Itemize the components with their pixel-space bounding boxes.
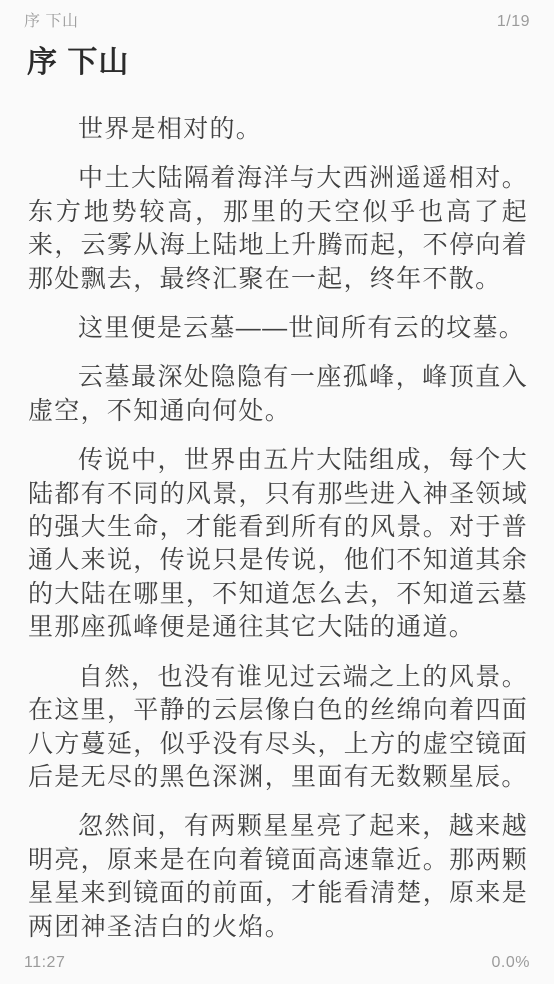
reader-page[interactable]: 序 下山 1/19 序 下山 世界是相对的。 中土大陆隔着海洋与大西洲遥遥相对。… bbox=[0, 0, 554, 984]
paragraph: 自然，也没有谁见过云端之上的风景。在这里，平静的云层像白色的丝绵向着四面八方蔓延… bbox=[28, 661, 528, 795]
paragraph: 这里便是云墓——世间所有云的坟墓。 bbox=[28, 312, 528, 345]
chapter-title: 序 下山 bbox=[27, 46, 530, 80]
paragraph: 传说中，世界由五片大陆组成，每个大陆都有不同的风景，只有那些进入神圣领域的强大生… bbox=[28, 444, 528, 644]
reading-progress: 0.0% bbox=[492, 954, 530, 972]
clock-time: 11:27 bbox=[24, 954, 65, 972]
paragraph: 云墓最深处隐隐有一座孤峰，峰顶直入虚空，不知通向何处。 bbox=[28, 361, 528, 428]
paragraph: 世界是相对的。 bbox=[28, 113, 528, 146]
paragraph: 忽然间，有两颗星星亮了起来，越来越明亮，原来是在向着镜面高速靠近。那两颗星星来到… bbox=[28, 810, 528, 944]
paragraph: 中土大陆隔着海洋与大西洲遥遥相对。东方地势较高，那里的天空似乎也高了起来，云雾从… bbox=[28, 162, 528, 296]
topbar-chapter-name: 序 下山 bbox=[24, 12, 78, 32]
page-indicator: 1/19 bbox=[497, 12, 530, 32]
reading-area[interactable]: 世界是相对的。 中土大陆隔着海洋与大西洲遥遥相对。东方地势较高，那里的天空似乎也… bbox=[28, 113, 528, 944]
reader-bottombar: 11:27 0.0% bbox=[0, 954, 554, 984]
reader-topbar: 序 下山 1/19 bbox=[0, 0, 554, 32]
